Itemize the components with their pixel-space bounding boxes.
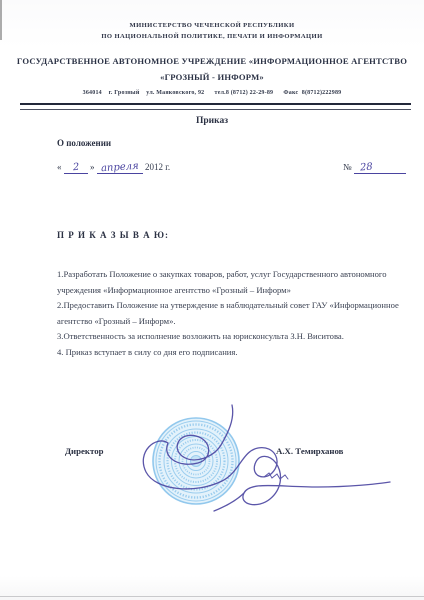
document-subject: О положении bbox=[57, 138, 111, 148]
round-seal-icon bbox=[153, 418, 239, 504]
position-label: Директор bbox=[65, 446, 103, 456]
date-month-blank: апреля bbox=[97, 162, 143, 174]
page-bottom-edge bbox=[0, 596, 424, 597]
order-item-2: 2.Предоставить Положение на утверждение … bbox=[57, 298, 407, 329]
ministry-line-1: МИНИСТЕРСТВО ЧЕЧЕНСКОЙ РЕСПУБЛИКИ bbox=[0, 22, 424, 29]
date-close-quote: » bbox=[90, 162, 95, 172]
letterhead-divider bbox=[20, 103, 411, 110]
date-open-quote: « bbox=[57, 162, 62, 172]
order-item-1: 1.Разработать Положение о закупках товар… bbox=[57, 267, 407, 298]
organization-line-1: ГОСУДАРСТВЕННОЕ АВТОНОМНОЕ УЧРЕЖДЕНИЕ «И… bbox=[0, 56, 424, 66]
address-line: 364014 г. Грозный ул. Маяковского, 92 те… bbox=[0, 90, 424, 96]
order-body: 1.Разработать Положение о закупках товар… bbox=[57, 267, 407, 361]
number-blank: 28 bbox=[354, 162, 406, 174]
document-page: МИНИСТЕРСТВО ЧЕЧЕНСКОЙ РЕСПУБЛИКИ ПО НАЦ… bbox=[0, 0, 424, 600]
number-label: № bbox=[343, 162, 352, 172]
stamp-and-signature-layer bbox=[118, 395, 408, 535]
date-line: « 2 » апреля 2012 г. bbox=[57, 162, 170, 174]
date-day-blank: 2 bbox=[64, 162, 88, 174]
order-item-4: 4. Приказ вступает в силу со дня его под… bbox=[57, 345, 407, 361]
date-year: 2012 г. bbox=[145, 162, 170, 172]
ministry-line-2: ПО НАЦИОНАЛЬНОЙ ПОЛИТИКЕ, ПЕЧАТИ И ИНФОР… bbox=[0, 33, 424, 40]
handwritten-number: 28 bbox=[359, 162, 372, 174]
handwritten-month: апреля bbox=[101, 161, 139, 175]
number-line: № 28 bbox=[343, 162, 406, 174]
order-keyword: П Р И К А З Ы В А Ю: bbox=[57, 230, 169, 240]
order-item-3: 3.Ответственность за исполнение возложит… bbox=[57, 329, 407, 345]
handwritten-day: 2 bbox=[72, 162, 79, 173]
organization-line-2: «ГРОЗНЫЙ - ИНФОРМ» bbox=[0, 72, 424, 82]
document-type-title: Приказ bbox=[0, 116, 424, 126]
